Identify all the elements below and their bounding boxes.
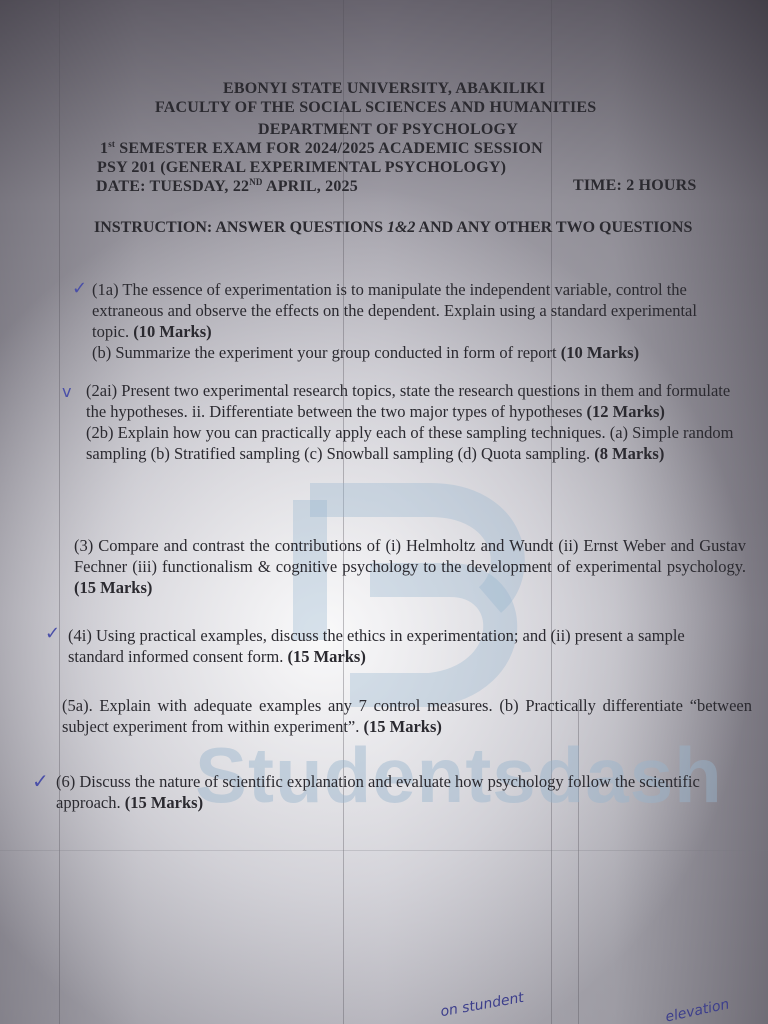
exam-instruction: INSTRUCTION: ANSWER QUESTIONS 1&2 AND AN… bbox=[94, 217, 714, 238]
exam-date: DATE: TUESDAY, 22ND APRIL, 2025 bbox=[96, 177, 358, 196]
paper-fold-line bbox=[551, 0, 552, 1024]
question-1: (1a) The essence of experimentation is t… bbox=[92, 279, 732, 363]
question-part: (2ai) Present two experimental research … bbox=[86, 380, 736, 422]
date-prefix: DATE: TUESDAY, 22 bbox=[96, 178, 249, 195]
exam-duration: TIME: 2 HOURS bbox=[573, 177, 697, 195]
question-marks: (15 Marks) bbox=[364, 717, 442, 736]
question-text: (b) Summarize the experiment your group … bbox=[92, 343, 561, 362]
question-part: (1a) The essence of experimentation is t… bbox=[92, 279, 732, 342]
question-marks: (10 Marks) bbox=[561, 343, 639, 362]
instruction-emphasis: 1&2 bbox=[387, 219, 415, 236]
question-3: (3) Compare and contrast the contributio… bbox=[74, 535, 746, 598]
question-marks: (15 Marks) bbox=[74, 578, 152, 597]
question-part: (2b) Explain how you can practically app… bbox=[86, 422, 736, 464]
paper-fold-line bbox=[0, 850, 768, 851]
question-5: (5a). Explain with adequate examples any… bbox=[62, 695, 752, 737]
question-2: (2ai) Present two experimental research … bbox=[86, 380, 736, 464]
question-text: (3) Compare and contrast the contributio… bbox=[74, 536, 746, 576]
question-marks: (15 Marks) bbox=[125, 793, 203, 812]
instruction-suffix: AND ANY OTHER TWO QUESTIONS bbox=[415, 219, 692, 236]
course-title: PSY 201 (GENERAL EXPERIMENTAL PSYCHOLOGY… bbox=[97, 159, 506, 177]
semester-line: 1st SEMESTER EXAM FOR 2024/2025 ACADEMIC… bbox=[100, 139, 543, 158]
question-part: (b) Summarize the experiment your group … bbox=[92, 342, 732, 363]
paper-fold-line bbox=[59, 0, 60, 1024]
checkmark-icon: ✓ bbox=[32, 769, 49, 793]
university-name: EBONYI STATE UNIVERSITY, ABAKILIKI bbox=[223, 80, 545, 98]
checkmark-icon: ✓ bbox=[72, 278, 87, 299]
question-4: (4i) Using practical examples, discuss t… bbox=[68, 625, 728, 667]
question-marks: (15 Marks) bbox=[287, 647, 365, 666]
date-ordinal: ND bbox=[249, 177, 262, 187]
question-6: (6) Discuss the nature of scientific exp… bbox=[56, 771, 756, 813]
semester-text: SEMESTER EXAM FOR 2024/2025 ACADEMIC SES… bbox=[115, 140, 543, 157]
question-marks: (8 Marks) bbox=[594, 444, 664, 463]
faculty-name: FACULTY OF THE SOCIAL SCIENCES AND HUMAN… bbox=[155, 99, 596, 117]
department-name: DEPARTMENT OF PSYCHOLOGY bbox=[258, 121, 518, 139]
question-marks: (10 Marks) bbox=[133, 322, 211, 341]
question-marks: (12 Marks) bbox=[587, 402, 665, 421]
date-suffix: APRIL, 2025 bbox=[263, 178, 358, 195]
checkmark-icon: v bbox=[62, 382, 71, 401]
instruction-prefix: INSTRUCTION: ANSWER QUESTIONS bbox=[94, 219, 387, 236]
semester-number: 1 bbox=[100, 140, 108, 157]
paper-fold-line bbox=[578, 700, 579, 1024]
checkmark-icon: ✓ bbox=[45, 623, 60, 644]
question-text: (4i) Using practical examples, discuss t… bbox=[68, 626, 685, 666]
